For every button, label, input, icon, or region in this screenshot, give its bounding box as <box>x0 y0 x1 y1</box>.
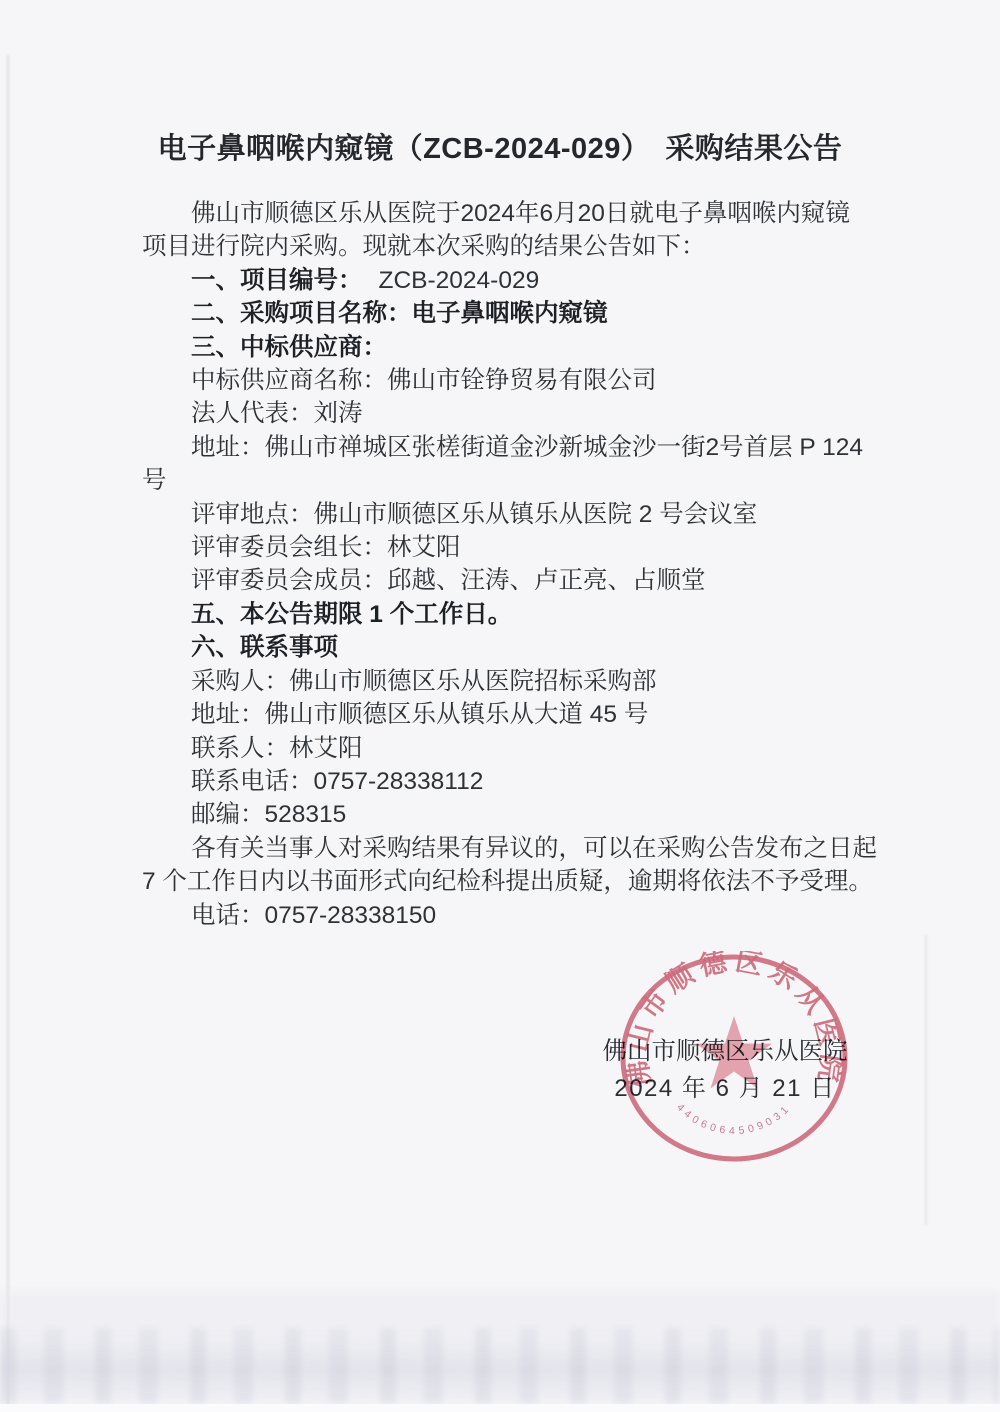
review-committee-leader: 评审委员会组长：林艾阳 <box>142 531 877 564</box>
objection-notice-line-2: 7 个工作日内以书面形式向纪检科提出质疑，逾期将依法不予受理。 <box>142 865 877 898</box>
seal-star-icon <box>696 1016 772 1088</box>
review-committee-members: 评审委员会成员：邱越、汪涛、卢正亮、占顺堂 <box>142 564 877 597</box>
discipline-phone: 电话：0757-28338150 <box>142 899 877 932</box>
review-location: 评审地点：佛山市顺德区乐从镇乐从医院 2 号会议室 <box>142 498 877 531</box>
contact-phone: 联系电话：0757-28338112 <box>142 765 877 798</box>
document-title: 电子鼻咽喉内窥镜（ZCB-2024-029） 采购结果公告 <box>0 126 1000 167</box>
section-5-announcement-period: 五、本公告期限 1 个工作日。 <box>142 598 877 631</box>
scan-artifact-right-streak <box>925 935 927 1225</box>
legal-representative: 法人代表：刘涛 <box>142 397 877 430</box>
supplier-address: 地址：佛山市禅城区张槎街道金沙新城金沙一街2号首层 P 124 <box>142 431 877 464</box>
section-2-project-name: 二、采购项目名称：电子鼻咽喉内窥镜 <box>142 297 877 330</box>
document-body: 佛山市顺德区乐从医院于2024年6月20日就电子鼻咽喉内窥镜 项目进行院内采购。… <box>142 197 877 932</box>
scanned-document-page: 电子鼻咽喉内窥镜（ZCB-2024-029） 采购结果公告 佛山市顺德区乐从医院… <box>0 0 1000 1412</box>
intro-line-2: 项目进行院内采购。现就本次采购的结果公告如下： <box>142 230 877 263</box>
seal-serial-number: 4406064509031 <box>674 1101 794 1137</box>
scan-artifact-bottom-strip <box>0 1404 1000 1412</box>
section-1-project-number: 一、项目编号：ZCB-2024-029 <box>142 264 877 297</box>
scan-artifact-band <box>0 1328 1000 1404</box>
purchaser-address: 地址：佛山市顺德区乐从镇乐从大道 45 号 <box>142 698 877 731</box>
postal-code: 邮编：528315 <box>142 798 877 831</box>
contact-person: 联系人：林艾阳 <box>142 732 877 765</box>
section-6-contact-heading: 六、联系事项 <box>142 631 877 664</box>
section-3-winning-supplier-heading: 三、中标供应商： <box>142 331 877 364</box>
scan-artifact-left-edge <box>7 55 9 1405</box>
official-seal-stamp: 佛山市顺德区乐从医院 4406064509031 <box>617 951 851 1165</box>
supplier-name: 中标供应商名称：佛山市铨铮贸易有限公司 <box>142 364 877 397</box>
purchaser: 采购人：佛山市顺德区乐从医院招标采购部 <box>142 665 877 698</box>
intro-line-1: 佛山市顺德区乐从医院于2024年6月20日就电子鼻咽喉内窥镜 <box>142 197 877 230</box>
supplier-address-cont: 号 <box>142 464 877 497</box>
objection-notice-line-1: 各有关当事人对采购结果有异议的，可以在采购公告发布之日起 <box>142 832 877 865</box>
scan-artifact-band-light <box>0 1292 1000 1332</box>
